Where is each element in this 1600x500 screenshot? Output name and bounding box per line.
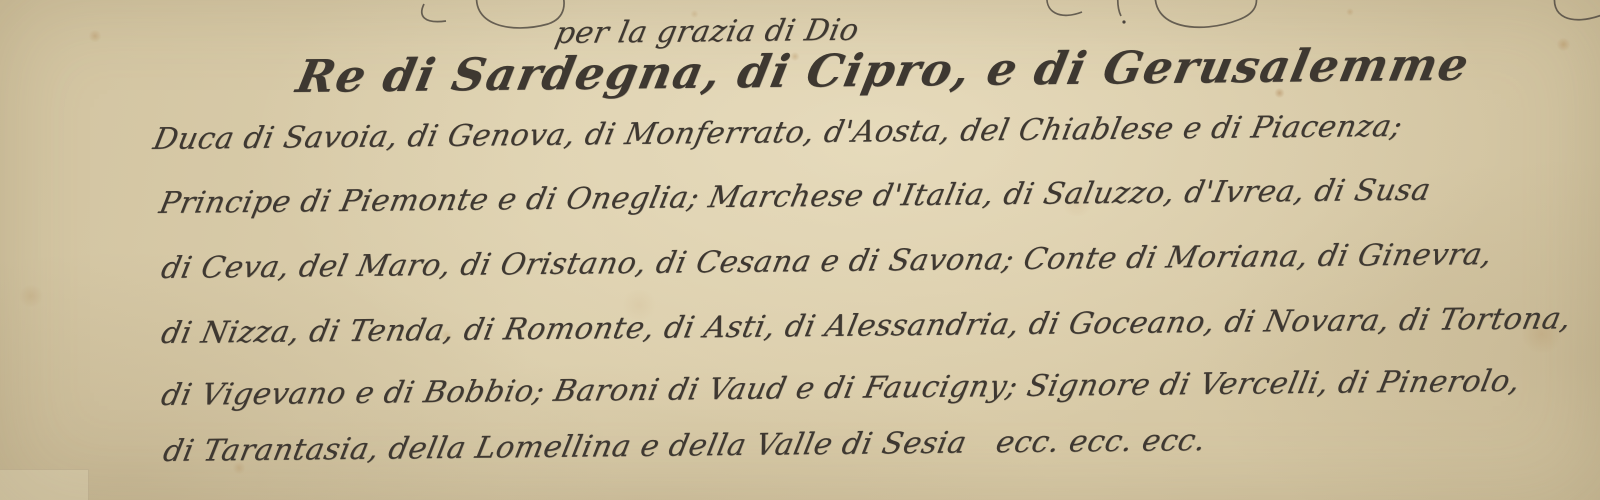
manuscript-line-titles-2: Principe di Piemonte e di Oneglia; March… (156, 173, 1434, 222)
foxing-spot (18, 285, 44, 307)
manuscript-page: per la grazia di Dio Re di Sardegna, di … (0, 0, 1600, 500)
paper-crease-patch (0, 469, 89, 500)
manuscript-line-titles-1: Duca di Savoia, di Genova, di Monferrato… (150, 109, 1405, 158)
manuscript-line-titles-4: di Nizza, di Tenda, di Romonte, di Asti,… (158, 301, 1574, 352)
manuscript-line-titles-6: di Tarantasia, della Lomellina e della V… (160, 423, 1209, 470)
manuscript-line-royal-title: Re di Sardegna, di Cipro, e di Gerusalem… (292, 38, 1474, 104)
manuscript-line-titles-3: di Ceva, del Maro, di Oristano, di Cesan… (158, 237, 1496, 287)
manuscript-line-titles-5: di Vigevano e di Bobbio; Baroni di Vaud … (158, 364, 1523, 414)
